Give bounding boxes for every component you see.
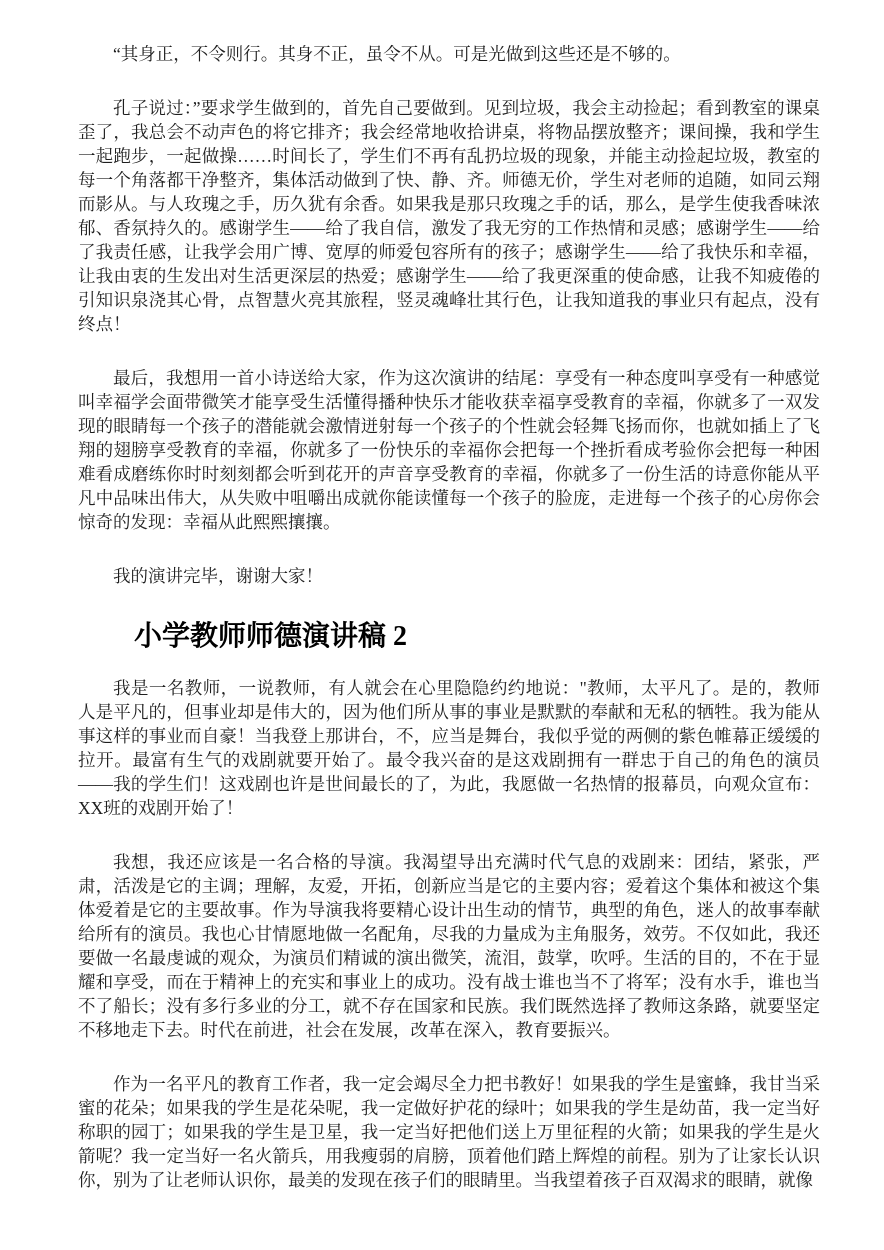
paragraph-qualified-director: 我想，我还应该是一名合格的导演。我渴望导出充满时代气息的戏剧来：团结，紧张，严肃… [78, 850, 820, 1042]
paragraph-speech-end: 我的演讲完毕，谢谢大家！ [78, 564, 820, 588]
paragraph-confucius-speech: 孔子说过：”要求学生做到的，首先自己要做到。见到垃圾，我会主动捡起；看到教室的课… [78, 96, 820, 336]
paragraph-ordinary-educator: 作为一名平凡的教育工作者，我一定会竭尽全力把书教好！如果我的学生是蜜蜂，我甘当采… [78, 1072, 820, 1192]
document-page: “其身正，不令则行。其身不正，虽令不从。可是光做到这些还是不够的。 孔子说过：”… [0, 0, 884, 1250]
paragraph-quote-opening: “其身正，不令则行。其身不正，虽令不从。可是光做到这些还是不够的。 [78, 42, 820, 66]
paragraph-closing-poem: 最后，我想用一首小诗送给大家，作为这次演讲的结尾：享受有一种态度叫享受有一种感觉… [78, 366, 820, 534]
paragraph-i-am-a-teacher: 我是一名教师，一说教师，有人就会在心里隐隐约约地说："教师，太平凡了。是的，教师… [78, 676, 820, 820]
section-heading: 小学教师师德演讲稿 2 [78, 618, 820, 656]
